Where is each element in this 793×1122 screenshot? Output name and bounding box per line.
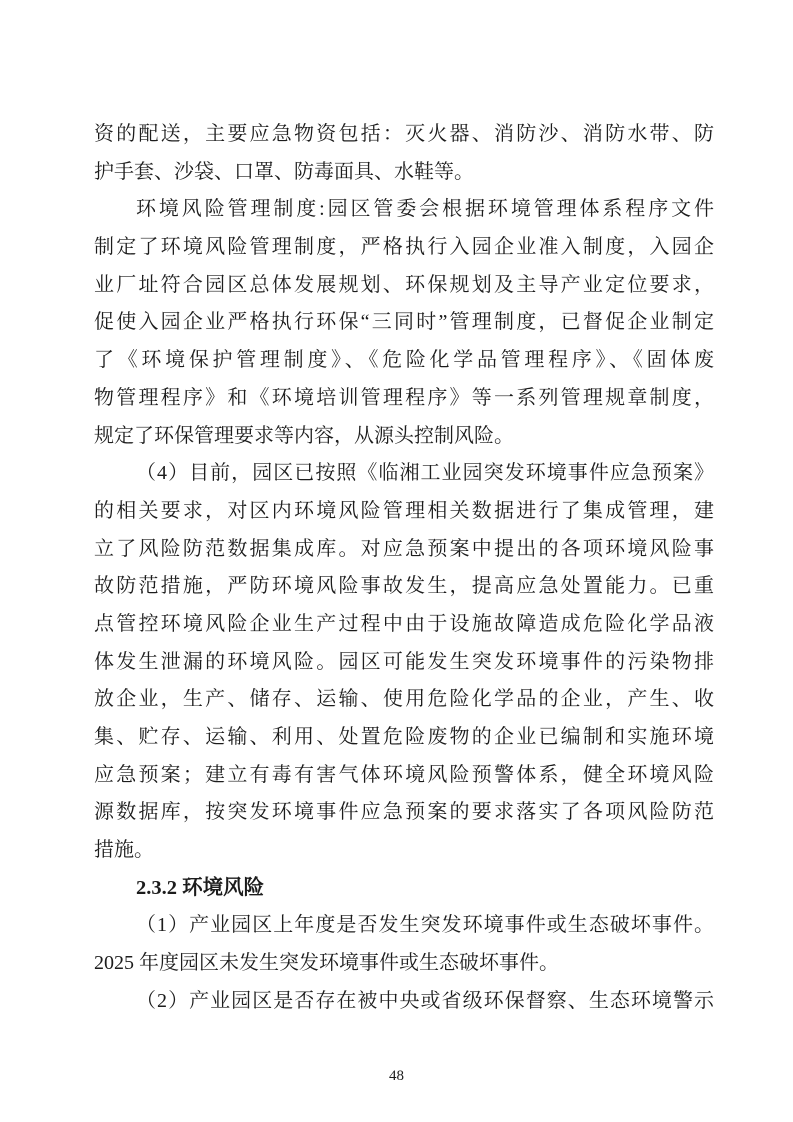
page-footer: 48 (0, 1068, 793, 1085)
text-line: 体发生泄漏的环境风险。园区可能发生突发环境事件的污染物排 (94, 644, 714, 682)
text-line: 措施。 (94, 832, 714, 870)
document-page: 资的配送，主要应急物资包括：灭火器、消防沙、消防水带、防 护手套、沙袋、口罩、防… (0, 0, 793, 1122)
text-line: 点管控环境风险企业生产过程中由于设施故障造成危险化学品液 (94, 606, 714, 644)
page-number: 48 (389, 1068, 404, 1084)
text-line: （2）产业园区是否存在被中央或省级环保督察、生态环境警示 (94, 983, 714, 1021)
text-line: 促使入园企业严格执行环保“三同时”管理制度，已督促企业制定 (94, 304, 714, 342)
text-line: （4）目前，园区已按照《临湘工业园突发环境事件应急预案》 (94, 455, 714, 493)
text-line: 放企业，生产、储存、运输、使用危险化学品的企业，产生、收 (94, 681, 714, 719)
text-line: 物管理程序》和《环境培训管理程序》等一系列管理规章制度， (94, 380, 714, 418)
text-line: 故防范措施，严防环境风险事故发生，提高应急处置能力。已重 (94, 568, 714, 606)
page-body-text: 资的配送，主要应急物资包括：灭火器、消防沙、消防水带、防 护手套、沙袋、口罩、防… (94, 116, 714, 1021)
text-line: 的相关要求，对区内环境风险管理相关数据进行了集成管理，建 (94, 493, 714, 531)
text-line: 源数据库，按突发环境事件应急预案的要求落实了各项风险防范 (94, 794, 714, 832)
text-line: 集、贮存、运输、利用、处置危险废物的企业已编制和实施环境 (94, 719, 714, 757)
text-line: （1）产业园区上年度是否发生突发环境事件或生态破坏事件。 (94, 907, 714, 945)
text-line: 立了风险防范数据集成库。对应急预案中提出的各项环境风险事 (94, 531, 714, 569)
text-line: 资的配送，主要应急物资包括：灭火器、消防沙、消防水带、防 (94, 116, 714, 154)
text-line: 了《环境保护管理制度》、《危险化学品管理程序》、《固体废 (94, 342, 714, 380)
text-line: 规定了环保管理要求等内容，从源头控制风险。 (94, 418, 714, 456)
text-line: 业厂址符合园区总体发展规划、环保规划及主导产业定位要求， (94, 267, 714, 305)
text-line: 制定了环境风险管理制度，严格执行入园企业准入制度，入园企 (94, 229, 714, 267)
text-line: 应急预案；建立有毒有害气体环境风险预警体系，健全环境风险 (94, 757, 714, 795)
section-heading-2-3-2: 2.3.2 环境风险 (94, 870, 714, 908)
text-line: 2025 年度园区未发生突发环境事件或生态破坏事件。 (94, 945, 714, 983)
text-line: 护手套、沙袋、口罩、防毒面具、水鞋等。 (94, 154, 714, 192)
text-line: 环境风险管理制度:园区管委会根据环境管理体系程序文件 (94, 191, 714, 229)
